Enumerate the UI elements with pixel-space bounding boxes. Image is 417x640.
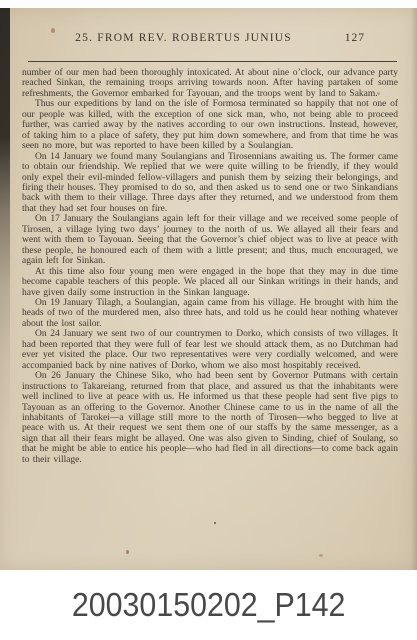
ink-speck	[214, 522, 216, 524]
foxing-spot	[319, 554, 323, 557]
paragraph: On 17 January the Soulangians again left…	[22, 214, 398, 266]
archive-id-label: 20030150202_P142	[72, 586, 346, 624]
running-title: 25. FROM REV. ROBERTUS JUNIUS	[22, 32, 397, 44]
paragraph: On 24 January we sent two of our country…	[22, 329, 398, 371]
paragraph: Thus our expeditions by land on the isle…	[22, 99, 398, 151]
page-header: 25. FROM REV. ROBERTUS JUNIUS 127	[22, 32, 397, 54]
foxing-spot	[126, 550, 129, 554]
spine-shadow	[0, 8, 10, 438]
paragraph: On 14 January we found many Soulangians …	[22, 152, 398, 215]
book-page: 25. FROM REV. ROBERTUS JUNIUS 127 number…	[0, 8, 417, 570]
page-body: number of our men had been thoroughly in…	[22, 68, 398, 465]
paragraph: On 19 January Tilagh, a Soulangian, agai…	[22, 298, 398, 329]
header-rule	[28, 61, 397, 62]
paragraph: On 26 January the Chinese Siko, who had …	[22, 371, 398, 465]
paragraph: At this time also four young men were en…	[22, 267, 398, 298]
scan-footer-strip: 20030150202_P142	[0, 570, 417, 640]
paragraph: number of our men had been thoroughly in…	[22, 68, 398, 99]
page-number: 127	[345, 32, 365, 44]
scanned-page-viewer: 25. FROM REV. ROBERTUS JUNIUS 127 number…	[0, 0, 417, 640]
page-right-edge-shadow	[411, 8, 417, 570]
